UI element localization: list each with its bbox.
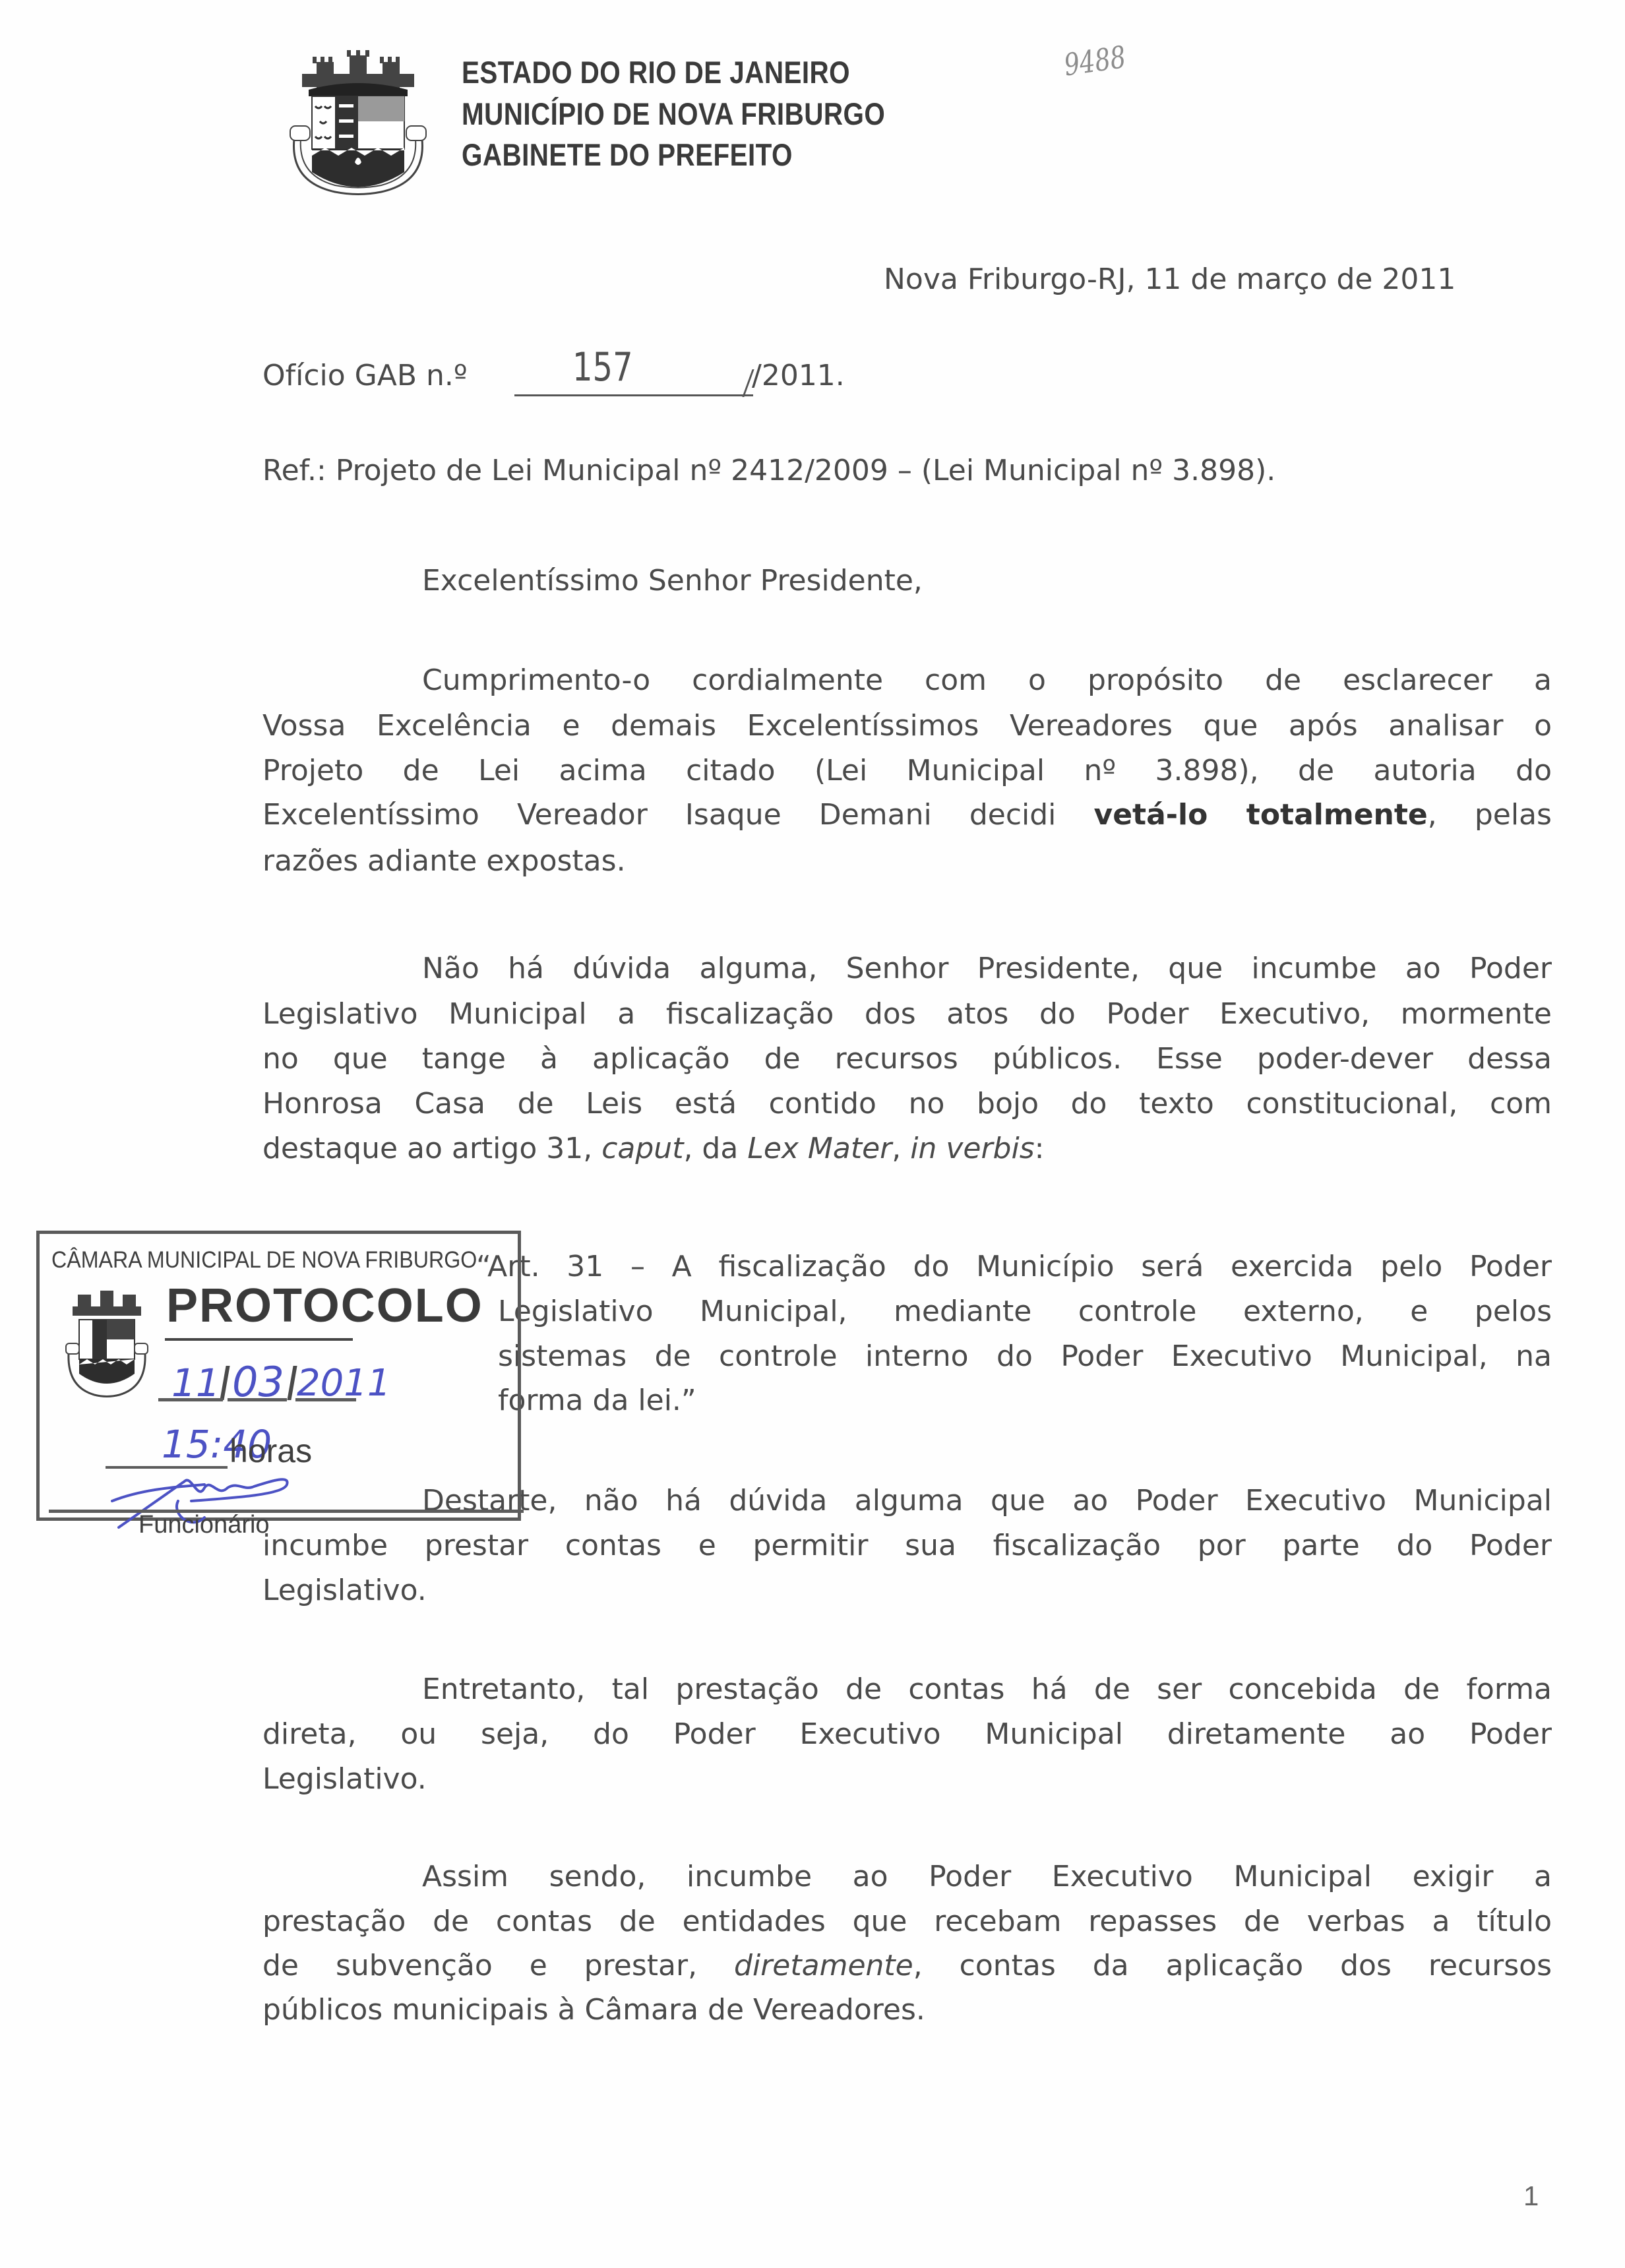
p5-line: prestação de contas de entidades que rec… bbox=[262, 1905, 1552, 1938]
date-separator bbox=[220, 1366, 230, 1400]
page-number: 1 bbox=[1523, 2180, 1539, 2212]
signature-line bbox=[49, 1510, 524, 1513]
p5-line: de subvenção e prestar, diretamente, con… bbox=[262, 1949, 1552, 1982]
oficio-year: /2011. bbox=[752, 359, 845, 392]
quote-line: “Art. 31 – A fiscalização do Município s… bbox=[476, 1250, 1552, 1283]
p3-line: Legislativo. bbox=[262, 1574, 1552, 1607]
reference-line: Ref.: Projeto de Lei Municipal nº 2412/2… bbox=[262, 454, 1275, 487]
quote-line: Legislativo Municipal, mediante controle… bbox=[498, 1295, 1552, 1328]
p5-line: Assim sendo, incumbe ao Poder Executivo … bbox=[422, 1860, 1552, 1893]
letterhead-municipality: MUNICÍPIO DE NOVA FRIBURGO bbox=[462, 96, 885, 132]
p2-line: destaque ao artigo 31, caput, da Lex Mat… bbox=[262, 1132, 1552, 1165]
date-day-line bbox=[158, 1398, 223, 1401]
italic-caput: caput bbox=[601, 1132, 683, 1165]
stamp-heading: PROTOCOLO bbox=[166, 1279, 483, 1333]
italic-diretamente: diretamente bbox=[734, 1949, 913, 1982]
text: de subvenção e prestar, bbox=[262, 1949, 734, 1982]
text: destaque ao artigo 31, bbox=[262, 1132, 601, 1165]
chamber-coat-of-arms-icon bbox=[65, 1288, 149, 1400]
p4-line: Legislativo. bbox=[262, 1762, 1552, 1796]
protocol-stamp: CÂMARA MUNICIPAL DE NOVA FRIBURGO PROTOC… bbox=[36, 1231, 521, 1521]
text: : bbox=[1035, 1132, 1045, 1165]
date-year-line bbox=[295, 1398, 356, 1401]
p1-line: Projeto de Lei acima citado (Lei Municip… bbox=[262, 754, 1552, 787]
stamp-heading-underline bbox=[165, 1338, 353, 1341]
italic-in-verbis: in verbis bbox=[910, 1132, 1034, 1165]
p1-line-tail: , pelas bbox=[1428, 798, 1552, 832]
veto-emphasis: vetá-lo totalmente bbox=[1094, 798, 1428, 832]
quote-line: forma da lei.” bbox=[498, 1384, 1552, 1417]
stamp-signature-label: Funcionário bbox=[138, 1511, 270, 1539]
p3-line: incumbe prestar contas e permitir sua fi… bbox=[262, 1529, 1552, 1562]
letterhead-state: ESTADO DO RIO DE JANEIRO bbox=[462, 54, 850, 90]
p1-line: razões adiante expostas. bbox=[262, 844, 1552, 878]
oficio-number-handwritten: 157 bbox=[572, 344, 633, 390]
p4-line: Entretanto, tal prestação de contas há d… bbox=[422, 1672, 1552, 1706]
oficio-label: Ofício GAB n.º bbox=[262, 359, 468, 392]
p5-line: públicos municipais à Câmara de Vereador… bbox=[262, 1993, 1552, 2027]
place-date: Nova Friburgo-RJ, 11 de março de 2011 bbox=[884, 262, 1456, 296]
p4-line: direta, ou seja, do Poder Executivo Muni… bbox=[262, 1717, 1552, 1751]
text: , contas da aplicação dos recursos bbox=[913, 1949, 1552, 1982]
p1-line-text: Excelentíssimo Vereador Isaque Demani de… bbox=[262, 798, 1056, 832]
letterhead-office: GABINETE DO PREFEITO bbox=[462, 137, 793, 173]
p1-line: Excelentíssimo Vereador Isaque Demani de… bbox=[262, 798, 1552, 832]
p2-line: Legislativo Municipal a fiscalização dos… bbox=[262, 997, 1552, 1031]
p1-line: Vossa Excelência e demais Excelentíssimo… bbox=[262, 709, 1552, 743]
document-page: ESTADO DO RIO DE JANEIRO MUNICÍPIO DE NO… bbox=[0, 0, 1625, 2268]
stamp-chamber-name: CÂMARA MUNICIPAL DE NOVA FRIBURGO bbox=[51, 1247, 477, 1273]
p3-line: Destarte, não há dúvida alguma que ao Po… bbox=[422, 1484, 1552, 1517]
p2-line: Não há dúvida alguma, Senhor Presidente,… bbox=[422, 952, 1552, 985]
text: , bbox=[892, 1132, 910, 1165]
text: , da bbox=[683, 1132, 747, 1165]
salutation: Excelentíssimo Senhor Presidente, bbox=[422, 564, 923, 598]
date-month-line bbox=[228, 1398, 287, 1401]
coat-of-arms-icon bbox=[289, 50, 427, 199]
handwritten-folio-number: 9488 bbox=[1062, 39, 1128, 83]
quote-line: sistemas de controle interno do Poder Ex… bbox=[498, 1339, 1552, 1373]
oficio-number-underline bbox=[514, 394, 753, 396]
p1-line: Cumprimento-o cordialmente com o propósi… bbox=[422, 663, 1552, 697]
date-separator bbox=[287, 1366, 297, 1400]
p2-line: no que tange à aplicação de recursos púb… bbox=[262, 1042, 1552, 1076]
italic-lex-mater: Lex Mater bbox=[747, 1132, 892, 1165]
p2-line: Honrosa Casa de Leis está contido no boj… bbox=[262, 1087, 1552, 1120]
